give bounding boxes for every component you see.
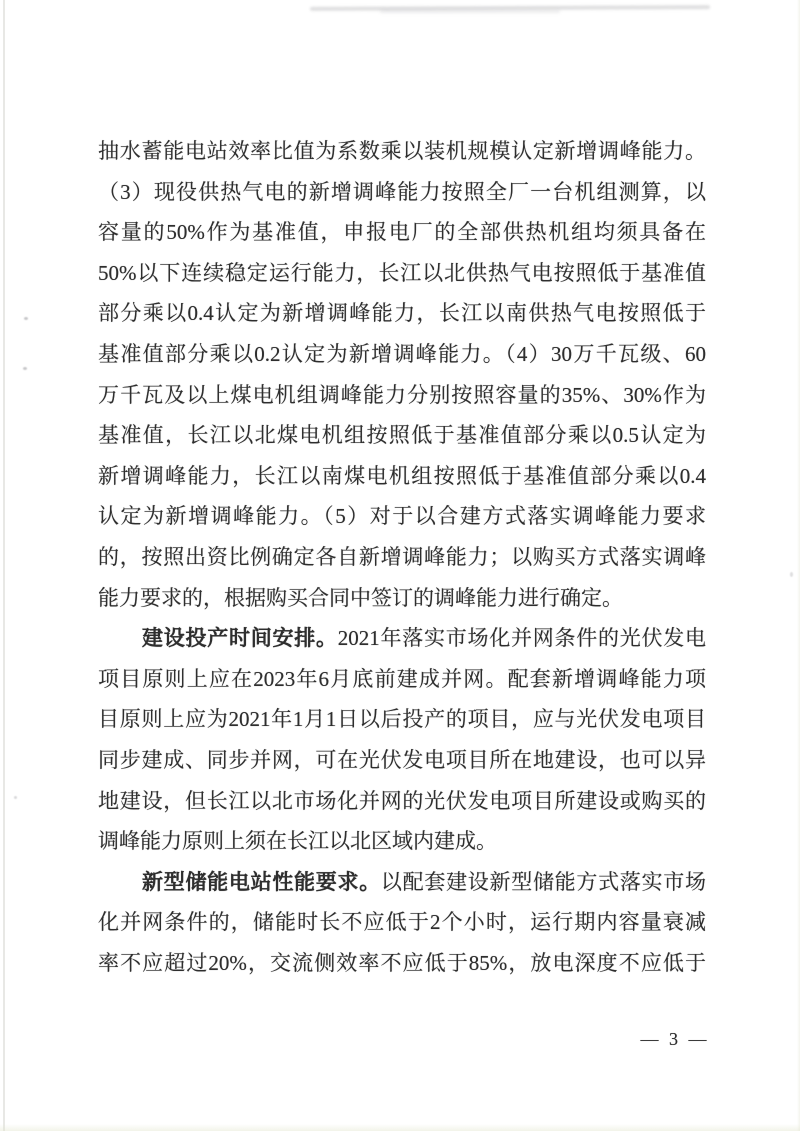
text-run: 2021年落实市场化并网条件的光伏发电 (338, 626, 706, 650)
text-line: 能力要求的，根据购买合同中签订的调峰能力进行确定。 (98, 578, 706, 619)
text-line: 调峰能力原则上须在长江以北区域内建成。 (98, 821, 706, 862)
scan-smudge-artifact (380, 10, 560, 13)
text-line: 新增调峰能力，长江以南煤电机组按照低于基准值部分乘以0.4 (98, 456, 706, 497)
text-line: 同步建成、同步并网，可在光伏发电项目所在地建设，也可以异 (98, 740, 706, 781)
paragraph-heading: 建设投产时间安排。 (142, 626, 338, 650)
text-line: 目原则上应为2021年1月1日以后投产的项目，应与光伏发电项目 (98, 699, 706, 740)
text-line: 的，按照出资比例确定各自新增调峰能力；以购买方式落实调峰 (98, 537, 706, 578)
text-line: 容量的50%作为基准值，申报电厂的全部供热机组均须具备在 (98, 212, 706, 253)
text-line: （3）现役供热气电的新增调峰能力按照全厂一台机组测算，以 (98, 172, 706, 213)
body-text: 抽水蓄能电站效率比值为系数乘以装机规模认定新增调峰能力。 （3）现役供热气电的新… (98, 131, 706, 983)
text-line: 化并网条件的，储能时长不应低于2个小时，运行期内容量衰减 (98, 902, 706, 943)
scan-edge-artifact (0, 1124, 800, 1131)
text-line: 地建设，但长江以北市场化并网的光伏发电项目所建设或购买的 (98, 781, 706, 822)
scan-speck (790, 572, 793, 577)
scan-edge-artifact (3, 0, 5, 1131)
paragraph-heading: 新型储能电站性能要求。 (142, 870, 381, 894)
document-page: 抽水蓄能电站效率比值为系数乘以装机规模认定新增调峰能力。 （3）现役供热气电的新… (0, 0, 800, 1131)
scan-speck (23, 367, 27, 370)
text-line: 50%以下连续稳定运行能力，长江以北供热气电按照低于基准值 (98, 253, 706, 294)
text-line: 项目原则上应在2023年6月底前建成并网。配套新增调峰能力项 (98, 659, 706, 700)
text-line-paragraph-start: 建设投产时间安排。2021年落实市场化并网条件的光伏发电 (98, 618, 706, 659)
text-line: 率不应超过20%，交流侧效率不应低于85%，放电深度不应低于 (98, 943, 706, 984)
scan-speck (24, 317, 28, 320)
text-line: 基准值部分乘以0.2认定为新增调峰能力。（4）30万千瓦级、60 (98, 334, 706, 375)
text-line: 基准值，长江以北煤电机组按照低于基准值部分乘以0.5认定为 (98, 415, 706, 456)
text-line: 认定为新增调峰能力。（5）对于以合建方式落实调峰能力要求 (98, 496, 706, 537)
page-number: — 3 — (610, 1026, 740, 1052)
text-run: 以配套建设新型储能方式落实市场 (381, 870, 706, 894)
text-line: 抽水蓄能电站效率比值为系数乘以装机规模认定新增调峰能力。 (98, 131, 706, 172)
text-line-paragraph-start: 新型储能电站性能要求。以配套建设新型储能方式落实市场 (98, 862, 706, 903)
scan-speck (14, 796, 17, 799)
text-line: 万千瓦及以上煤电机组调峰能力分别按照容量的35%、30%作为 (98, 375, 706, 416)
text-line: 部分乘以0.4认定为新增调峰能力，长江以南供热气电按照低于 (98, 293, 706, 334)
